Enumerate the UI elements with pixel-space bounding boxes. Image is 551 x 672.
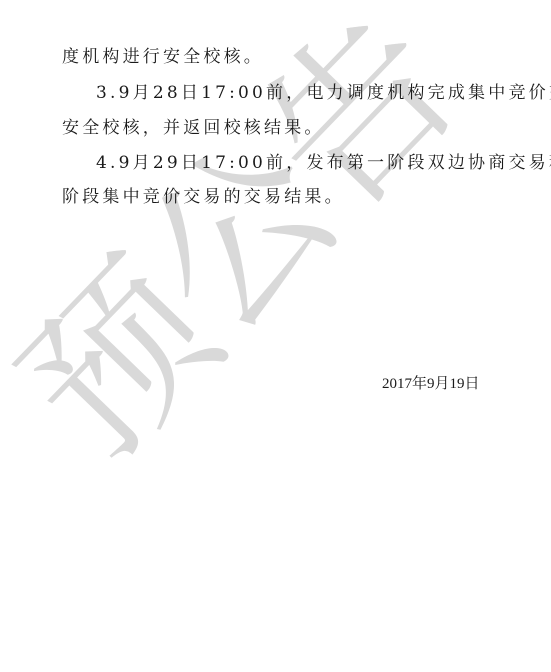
item-4-line-1: 4.9月29日17:00前，发布第一阶段双边协商交易和第二: [96, 152, 551, 174]
item-3-line-2: 安全校核，并返回校核结果。: [62, 117, 325, 139]
document-date: 2017年9月19日: [382, 374, 480, 394]
document-page: 预公告 度机构进行安全校核。 3.9月28日17:00前，电力调度机构完成集中竞…: [0, 0, 551, 672]
item-4-line-2: 阶段集中竞价交易的交易结果。: [62, 186, 345, 208]
item-3-line-1: 3.9月28日17:00前，电力调度机构完成集中竞价交易的: [96, 82, 551, 104]
paragraph-line: 度机构进行安全校核。: [62, 46, 264, 68]
watermark-preliminary-notice: 预公告: [0, 0, 482, 486]
